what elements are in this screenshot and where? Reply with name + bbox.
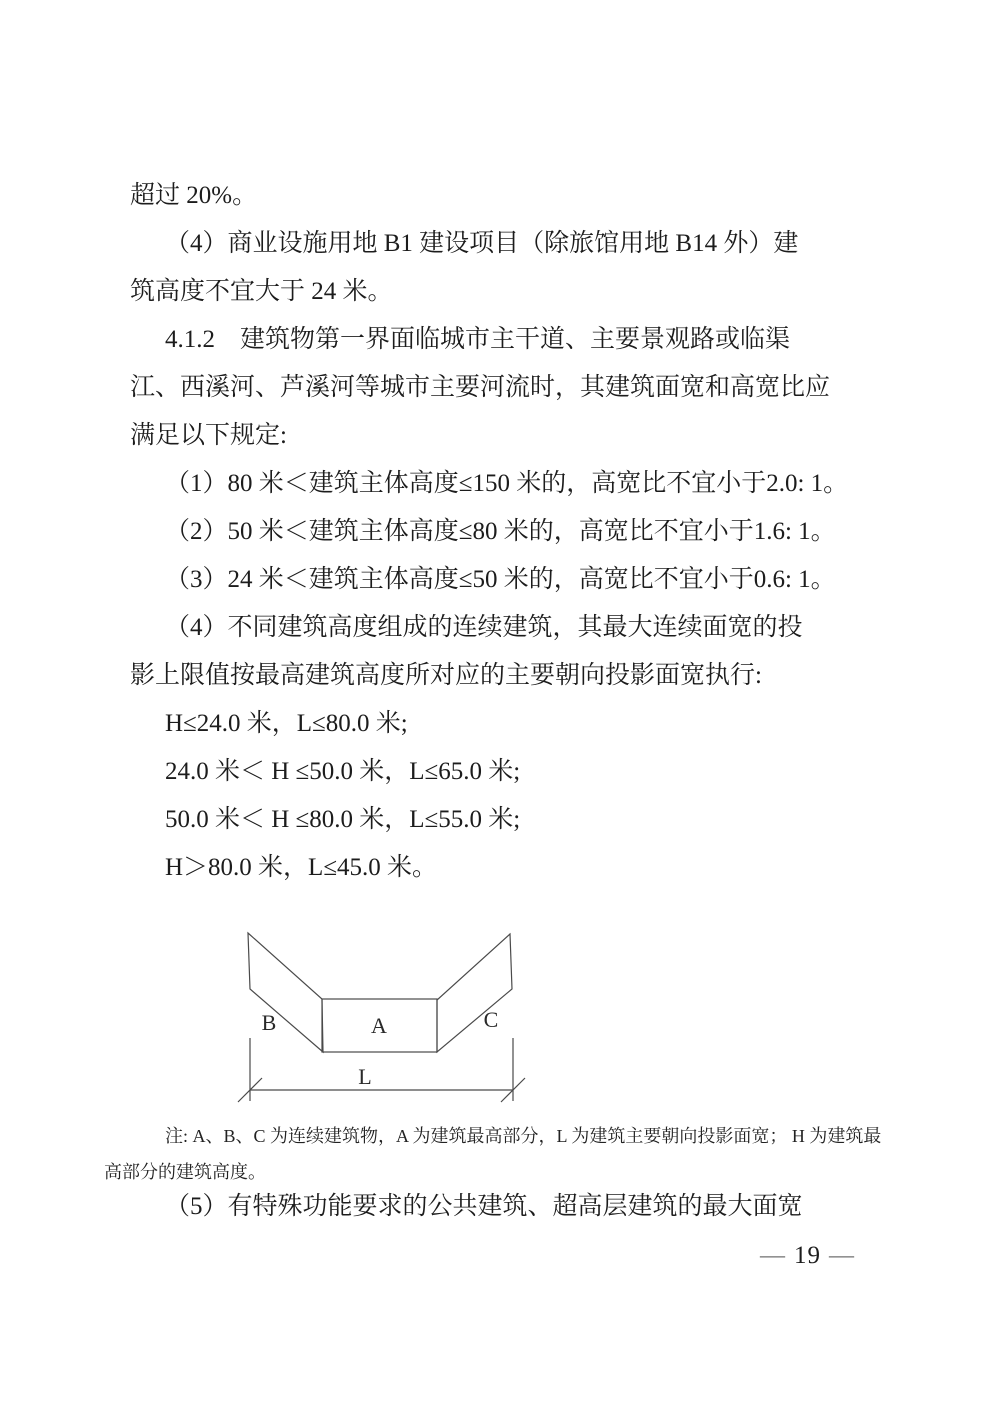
building-c-shape bbox=[437, 934, 512, 1052]
rule-item-1: （1）80 米＜建筑主体高度≤150 米的，高宽比不宜小于2.0: 1。 bbox=[130, 460, 890, 508]
section-heading-4-1-2: 4.1.2 建筑物第一界面临城市主干道、主要景观路或临渠 bbox=[130, 316, 890, 364]
height-width-rule: H＞80.0 米，L≤45.0 米。 bbox=[130, 844, 890, 892]
note-line: 注: A、B、C 为连续建筑物，A 为建筑最高部分，L 为建筑主要朝向投影面宽；… bbox=[104, 1118, 894, 1154]
paragraph-line: （4）商业设施用地 B1 建设项目（除旅馆用地 B14 外）建 bbox=[130, 220, 890, 268]
diagram-svg: B A C L bbox=[235, 925, 535, 1115]
height-width-rule: H≤24.0 米，L≤80.0 米; bbox=[130, 700, 890, 748]
rule-item-4: （4）不同建筑高度组成的连续建筑，其最大连续面宽的投 bbox=[130, 604, 890, 652]
label-l: L bbox=[358, 1064, 371, 1089]
rule-item-2: （2）50 米＜建筑主体高度≤80 米的，高宽比不宜小于1.6: 1。 bbox=[130, 508, 890, 556]
page-number: —19— bbox=[752, 1242, 863, 1270]
figure-note: 注: A、B、C 为连续建筑物，A 为建筑最高部分，L 为建筑主要朝向投影面宽；… bbox=[104, 1118, 894, 1190]
paragraph-line: 满足以下规定: bbox=[130, 412, 890, 460]
rule-item-5: （5）有特殊功能要求的公共建筑、超高层建筑的最大面宽 bbox=[130, 1183, 890, 1231]
page-number-value: 19 bbox=[794, 1242, 821, 1269]
label-b: B bbox=[262, 1010, 277, 1035]
page-number-dash-left: — bbox=[752, 1242, 794, 1269]
main-text-block: 超过 20%。 （4）商业设施用地 B1 建设项目（除旅馆用地 B14 外）建 … bbox=[130, 172, 890, 892]
label-a: A bbox=[371, 1013, 387, 1038]
height-width-rule: 50.0 米＜ H ≤80.0 米，L≤55.0 米; bbox=[130, 796, 890, 844]
label-c: C bbox=[484, 1007, 499, 1032]
building-width-diagram: B A C L bbox=[235, 925, 535, 1115]
paragraph-line: 影上限值按最高建筑高度所对应的主要朝向投影面宽执行: bbox=[130, 652, 890, 700]
building-b-shape bbox=[248, 933, 323, 1052]
closing-paragraph: （5）有特殊功能要求的公共建筑、超高层建筑的最大面宽 bbox=[130, 1183, 890, 1231]
paragraph-line: 筑高度不宜大于 24 米。 bbox=[130, 268, 890, 316]
height-width-rule: 24.0 米＜ H ≤50.0 米，L≤65.0 米; bbox=[130, 748, 890, 796]
page-number-dash-right: — bbox=[821, 1242, 863, 1269]
paragraph-line: 超过 20%。 bbox=[130, 172, 890, 220]
paragraph-line: 江、西溪河、芦溪河等城市主要河流时，其建筑面宽和高宽比应 bbox=[130, 364, 890, 412]
document-page: 超过 20%。 （4）商业设施用地 B1 建设项目（除旅馆用地 B14 外）建 … bbox=[0, 0, 992, 1404]
rule-item-3: （3）24 米＜建筑主体高度≤50 米的，高宽比不宜小于0.6: 1。 bbox=[130, 556, 890, 604]
